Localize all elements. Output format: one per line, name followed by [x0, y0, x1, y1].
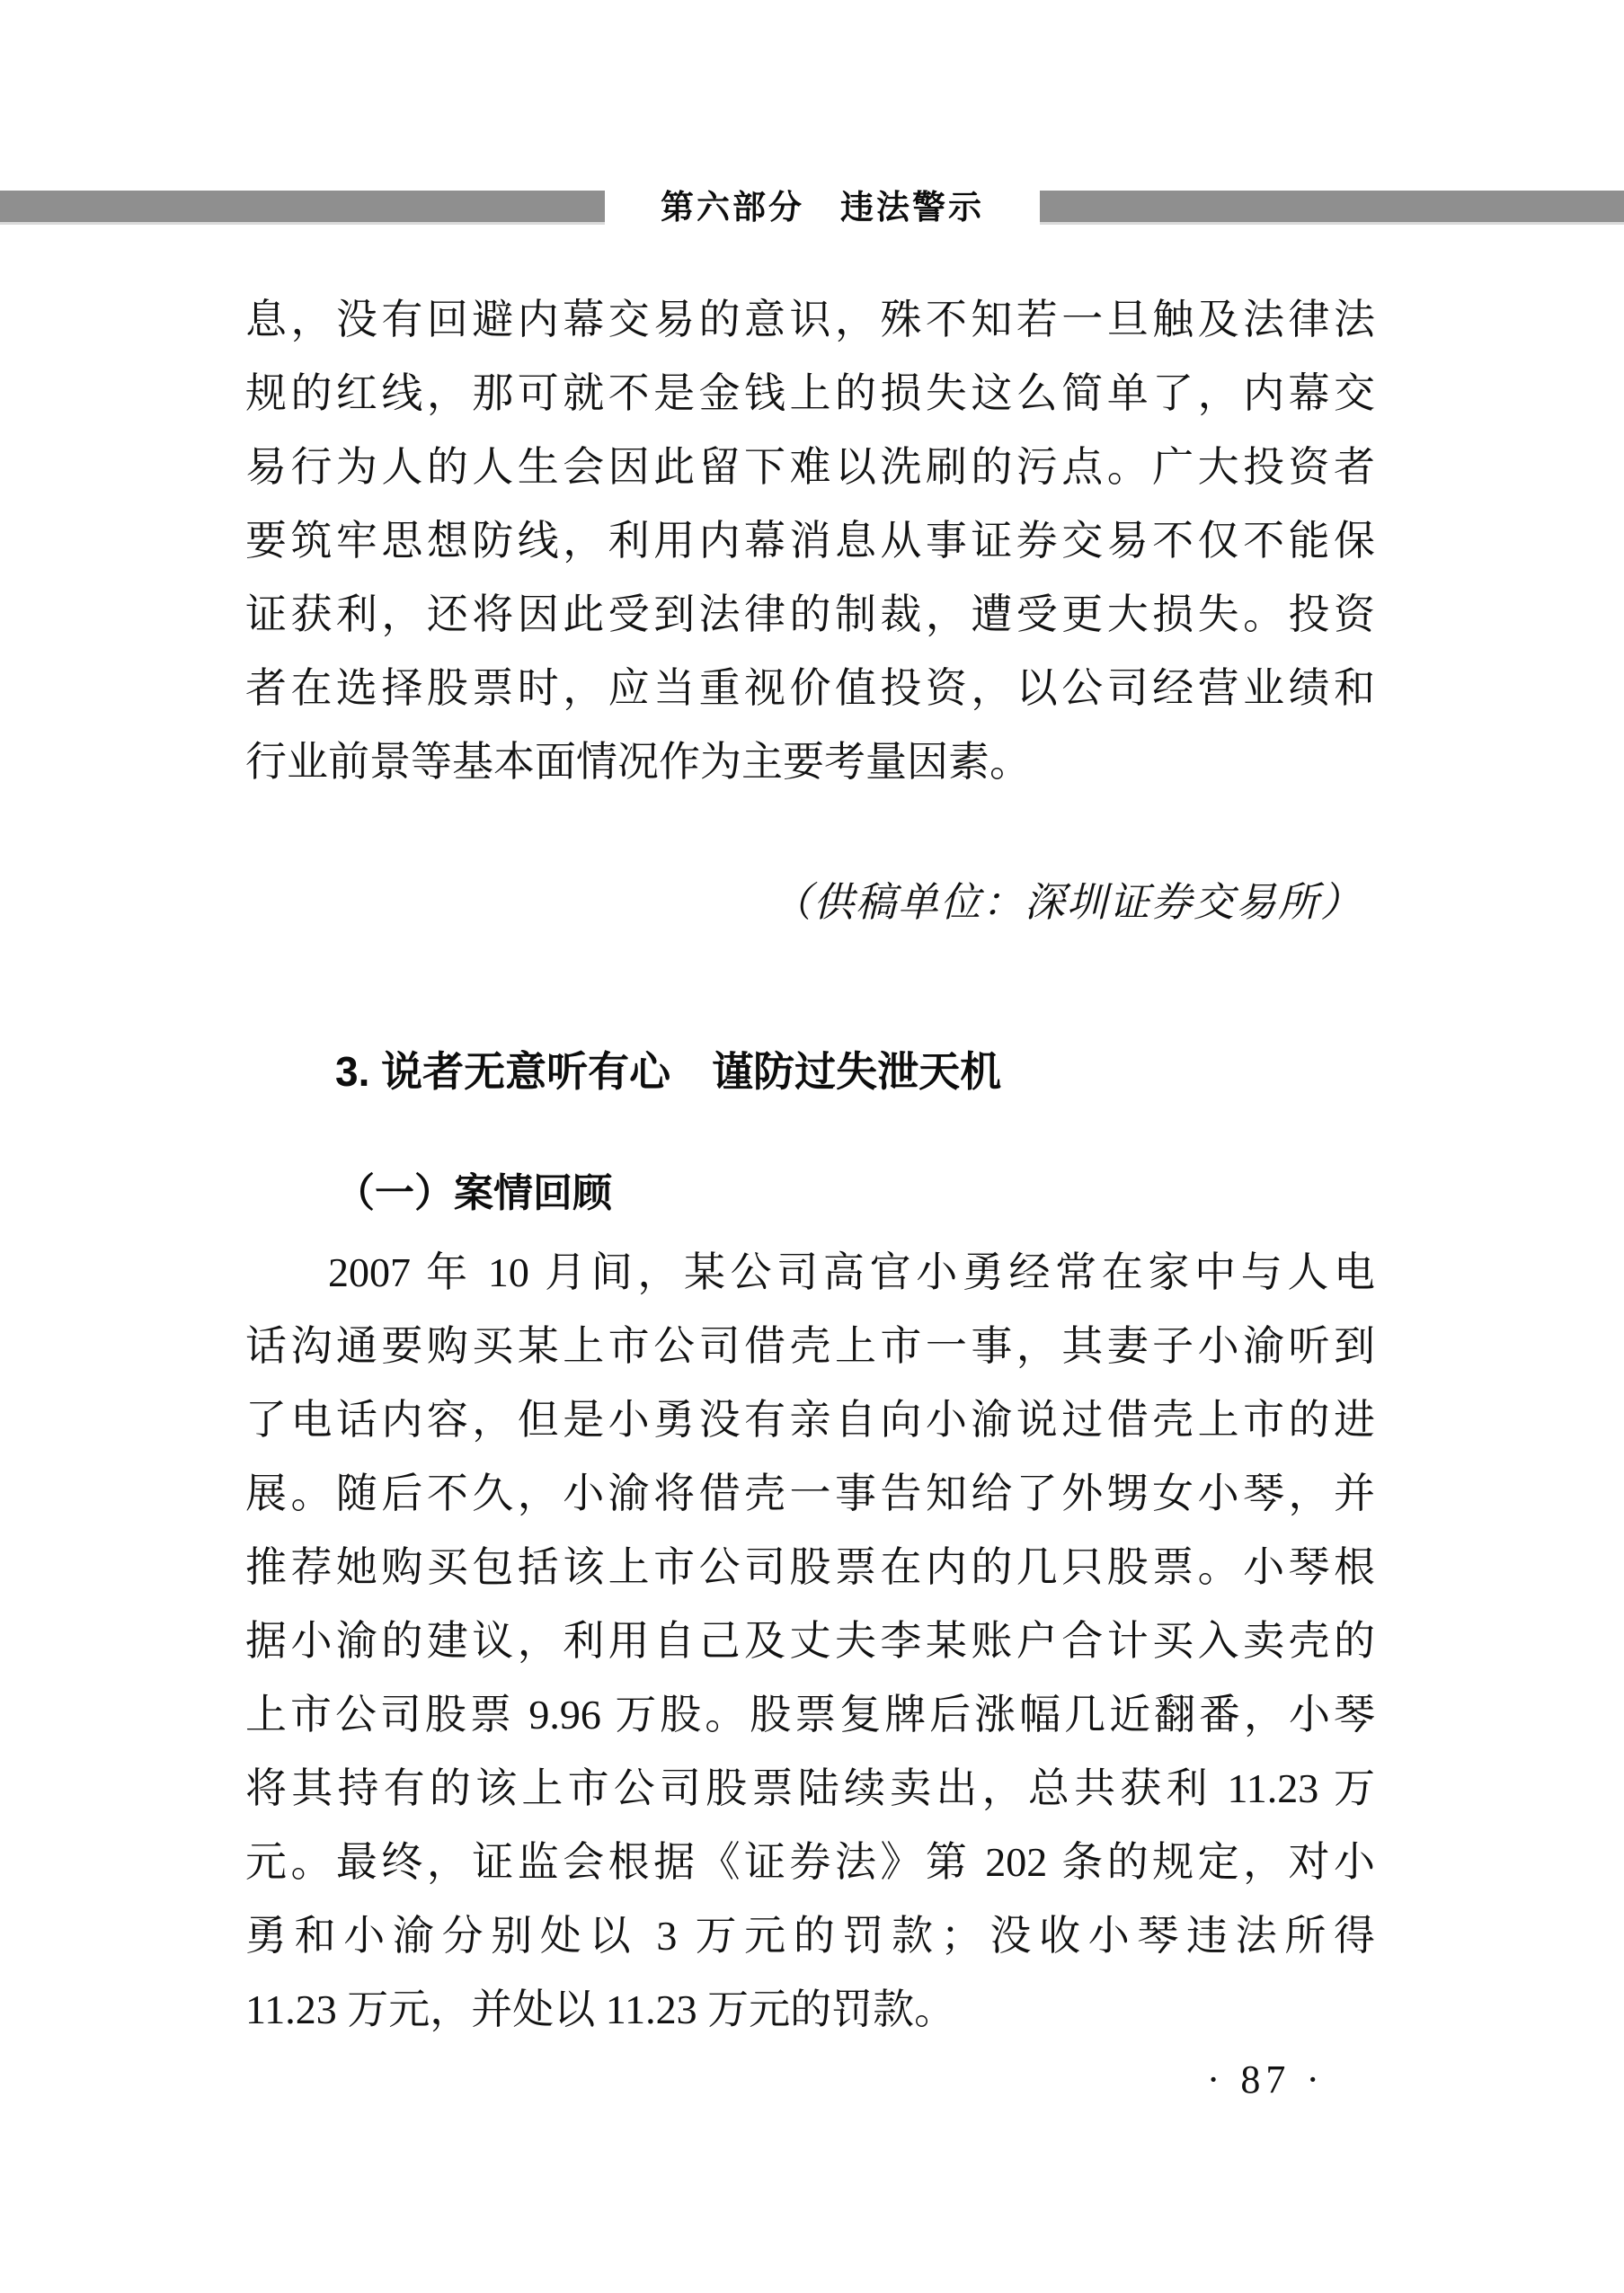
text-line: 将其持有的该上市公司股票陆续卖出，总共获利 11.23 万 — [245, 1752, 1375, 1826]
text-line: 11.23 万元，并处以 11.23 万元的罚款。 — [245, 1973, 1375, 2047]
section-subheading: （一）案情回顾 — [335, 1169, 612, 1219]
body-paragraph-continuation: 息，没有回避内幕交易的意识，殊不知若一旦触及法律法规的红线，那可就不是金钱上的损… — [245, 283, 1375, 799]
text-line: 易行为人的人生会因此留下难以洗刷的污点。广大投资者 — [245, 431, 1375, 504]
text-line: 据小渝的建议，利用自己及丈夫李某账户合计买入卖壳的 — [245, 1604, 1375, 1678]
text-line: 证获利，还将因此受到法律的制裁，遭受更大损失。投资 — [245, 578, 1375, 652]
text-line: 展。随后不久，小渝将借壳一事告知给了外甥女小琴，并 — [245, 1457, 1375, 1531]
case-review-paragraph: 2007 年 10 月间，某公司高官小勇经常在家中与人电话沟通要购买某上市公司借… — [245, 1236, 1375, 2047]
text-line: 要筑牢思想防线，利用内幕消息从事证券交易不仅不能保 — [245, 504, 1375, 578]
header-rule-left — [0, 191, 605, 225]
text-line: 行业前景等基本面情况作为主要考量因素。 — [245, 725, 1375, 799]
text-line: 元。最终，证监会根据《证券法》第 202 条的规定，对小 — [245, 1826, 1375, 1899]
text-line: 者在选择股票时，应当重视价值投资，以公司经营业绩和 — [245, 652, 1375, 725]
text-line: 上市公司股票 9.96 万股。股票复牌后涨幅几近翻番，小琴 — [245, 1678, 1375, 1752]
text-line: 了电话内容，但是小勇没有亲自向小渝说过借壳上市的进 — [245, 1383, 1375, 1457]
text-line: 息，没有回避内幕交易的意识，殊不知若一旦触及法律法 — [245, 283, 1375, 357]
text-line: 推荐她购买包括该上市公司股票在内的几只股票。小琴根 — [245, 1531, 1375, 1604]
text-line: 勇和小渝分别处以 3 万元的罚款；没收小琴违法所得 — [245, 1899, 1375, 1973]
running-header: 第六部分 违法警示 — [0, 191, 1624, 225]
running-header-title: 第六部分 违法警示 — [605, 191, 1040, 225]
text-line: 规的红线，那可就不是金钱上的损失这么简单了，内幕交 — [245, 357, 1375, 431]
page-number: · 87 · — [245, 2057, 1375, 2103]
text-line: 话沟通要购买某上市公司借壳上市一事，其妻子小渝听到 — [245, 1310, 1375, 1383]
attribution-line: （供稿单位：深圳证券交易所） — [245, 875, 1375, 929]
section-heading: 3. 说者无意听有心 谨防过失泄天机 — [335, 1045, 1001, 1098]
header-rule-right — [1040, 191, 1624, 225]
text-line: 2007 年 10 月间，某公司高官小勇经常在家中与人电 — [245, 1236, 1375, 1310]
book-page: 第六部分 违法警示 息，没有回避内幕交易的意识，殊不知若一旦触及法律法规的红线，… — [0, 0, 1624, 2293]
